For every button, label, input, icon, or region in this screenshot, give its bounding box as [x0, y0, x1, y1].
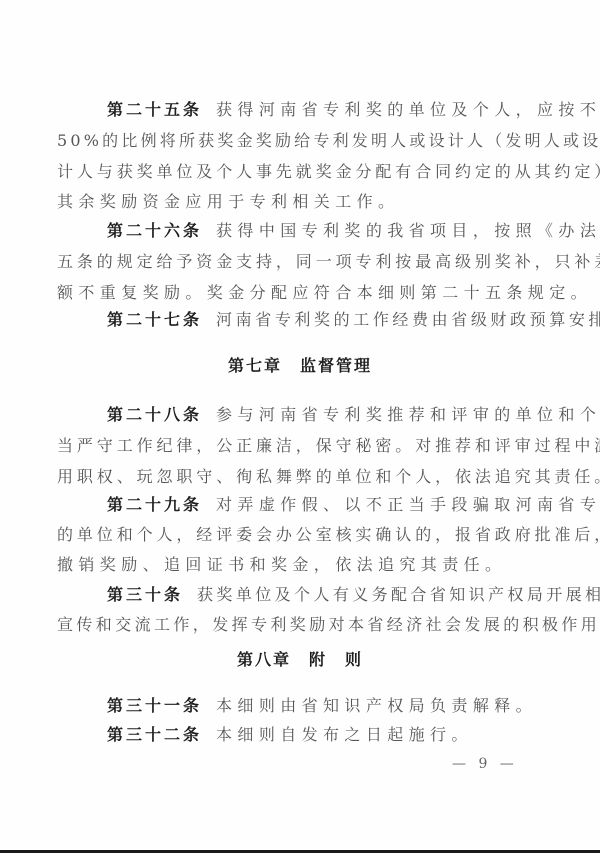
article-text: 参与河南省专利奖推荐和评审的单位和个人应: [216, 405, 600, 424]
article-28-line-3: 用职权、玩忽职守、徇私舞弊的单位和个人，依法追究其责任。: [57, 465, 521, 489]
article-25-line-2: 50%的比例将所获奖金奖励给专利发明人或设计人（发明人或设: [57, 129, 521, 153]
article-29-line-3: 撤销奖励、追回证书和奖金，依法追究其责任。: [57, 553, 521, 577]
article-text: 获得中国专利奖的我省项目，按照《办法》第: [216, 221, 600, 240]
article-27-line-1: 第二十七条河南省专利奖的工作经费由省级财政预算安排。: [107, 308, 521, 332]
article-number: 第二十六条: [107, 221, 202, 240]
article-text: 对弄虚作假、以不正当手段骗取河南省专利奖: [216, 495, 600, 514]
chapter-heading-7: 第七章监督管理: [0, 354, 600, 378]
article-31-line-1: 第三十一条本细则由省知识产权局负责解释。: [107, 694, 521, 718]
article-28-line-1: 第二十八条参与河南省专利奖推荐和评审的单位和个人应: [107, 403, 521, 427]
article-number: 第二十八条: [107, 405, 202, 424]
article-number: 第三十二条: [107, 725, 202, 744]
article-32-line-1: 第三十二条本细则自发布之日起施行。: [107, 723, 521, 747]
document-page: 第二十五条获得河南省专利奖的单位及个人，应按不少于 50%的比例将所获奖金奖励给…: [0, 0, 600, 851]
article-text: 本细则由省知识产权局负责解释。: [216, 696, 537, 715]
article-30-line-1: 第三十条获奖单位及个人有义务配合省知识产权局开展相关: [107, 583, 521, 607]
article-text: 获奖单位及个人有义务配合省知识产权局开展相关: [197, 585, 600, 604]
article-text: 本细则自发布之日起施行。: [216, 725, 473, 744]
page-number: — 9 —: [452, 756, 516, 772]
article-text: 获得河南省专利奖的单位及个人，应按不少于: [216, 100, 600, 119]
chapter-heading-8: 第八章附 则: [0, 648, 600, 672]
chapter-title: 监督管理: [300, 356, 372, 375]
article-number: 第二十五条: [107, 100, 202, 119]
article-30-line-2: 宣传和交流工作，发挥专利奖励对本省经济社会发展的积极作用。: [57, 613, 521, 637]
article-number: 第二十七条: [107, 310, 202, 329]
article-28-line-2: 当严守工作纪律，公正廉洁，保守秘密。对推荐和评审过程中滥: [57, 434, 521, 458]
article-26-line-2: 五条的规定给予资金支持，同一项专利按最高级别奖补，只补差: [57, 250, 521, 274]
article-25-line-3: 计人与获奖单位及个人事先就奖金分配有合同约定的从其约定），: [57, 160, 521, 184]
article-25-line-1: 第二十五条获得河南省专利奖的单位及个人，应按不少于: [107, 98, 521, 122]
article-26-line-1: 第二十六条获得中国专利奖的我省项目，按照《办法》第: [107, 219, 521, 243]
chapter-number: 第八章: [237, 650, 291, 669]
article-number: 第三十条: [107, 585, 183, 604]
chapter-number: 第七章: [228, 356, 282, 375]
article-29-line-2: 的单位和个人，经评委会办公室核实确认的，报省政府批准后，: [57, 523, 521, 547]
article-25-line-4: 其余奖励资金应用于专利相关工作。: [57, 190, 521, 214]
article-26-line-3: 额不重复奖励。奖金分配应符合本细则第二十五条规定。: [57, 281, 521, 305]
article-text: 河南省专利奖的工作经费由省级财政预算安排。: [216, 310, 600, 329]
article-29-line-1: 第二十九条对弄虚作假、以不正当手段骗取河南省专利奖: [107, 493, 521, 517]
chapter-title: 附 则: [309, 650, 363, 669]
article-number: 第三十一条: [107, 696, 202, 715]
article-number: 第二十九条: [107, 495, 202, 514]
